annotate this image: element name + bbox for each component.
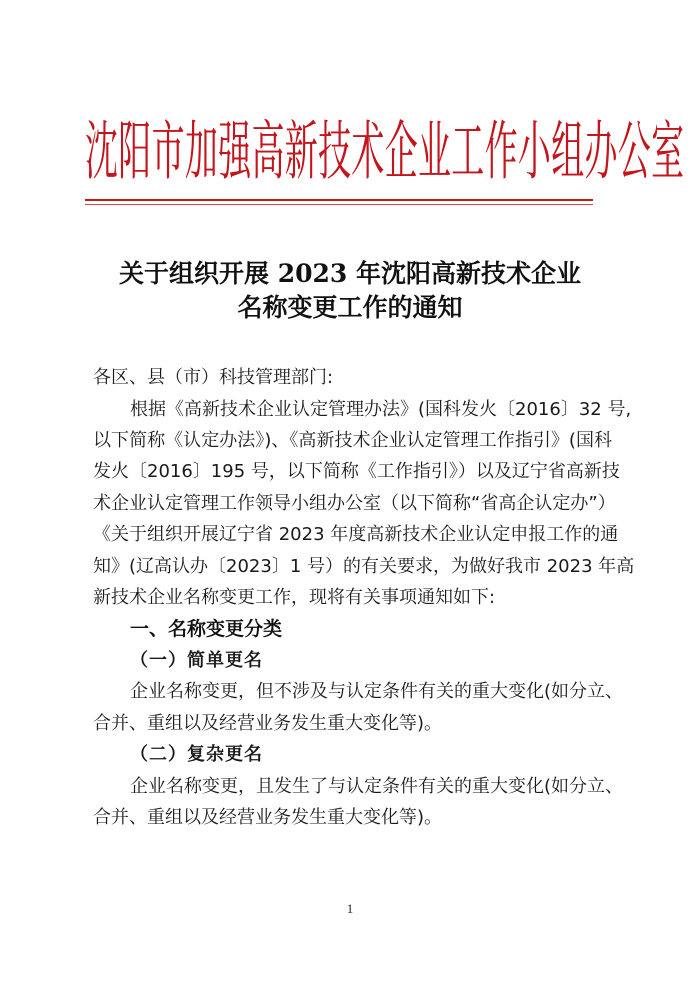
document-title-line-2: 名称变更工作的通知 [60, 291, 640, 325]
paragraph-line: 发火〔2016〕195 号，以下简称《工作指引》）以及辽宁省高新技 [93, 461, 612, 483]
subsection-heading: （一）简单更名 [130, 650, 263, 672]
subsection-heading: （二）复杂更名 [130, 744, 263, 766]
page-number: 1 [340, 902, 360, 916]
salutation: 各区、县（市）科技管理部门: [93, 367, 333, 389]
paragraph-line: 根据《高新技术企业认定管理办法》(国科发火〔2016〕32 号, [130, 399, 612, 421]
paragraph-line: 术企业认定管理工作领导小组办公室（以下简称“省高企认定办”） [93, 493, 612, 515]
paragraph-line: 企业名称变更，但不涉及与认定条件有关的重大变化(如分立、 [130, 681, 612, 703]
paragraph-line: 《关于组织开展辽宁省 2023 年度高新技术企业认定申报工作的通 [93, 524, 612, 546]
organization-name: 沈阳市加强高新技术企业工作小组办公室 [85, 119, 592, 183]
paragraph-line: 以下简称《认定办法》)、《高新技术企业认定管理工作指引》(国科 [93, 430, 612, 452]
paragraph-line: 新技术企业名称变更工作，现将有关事项通知如下: [93, 587, 495, 609]
paragraph-line: 合并、重组以及经营业务发生重大变化等)。 [93, 807, 442, 829]
document-title-line-1: 关于组织开展 2023 年沈阳高新技术企业 [60, 257, 640, 291]
section-heading: 一、名称变更分类 [130, 618, 282, 640]
paragraph-line: 知》(辽高认办〔2023〕1 号）的有关要求，为做好我市 2023 年高 [93, 556, 612, 578]
letterhead-rule-thick [85, 199, 593, 201]
letterhead-rule-thin [85, 204, 593, 205]
organization-letterhead: 沈阳市加强高新技术企业工作小组办公室 [85, 119, 592, 185]
paragraph-line: 企业名称变更，且发生了与认定条件有关的重大变化(如分立、 [130, 776, 612, 798]
paragraph-line: 合并、重组以及经营业务发生重大变化等)。 [93, 713, 442, 735]
